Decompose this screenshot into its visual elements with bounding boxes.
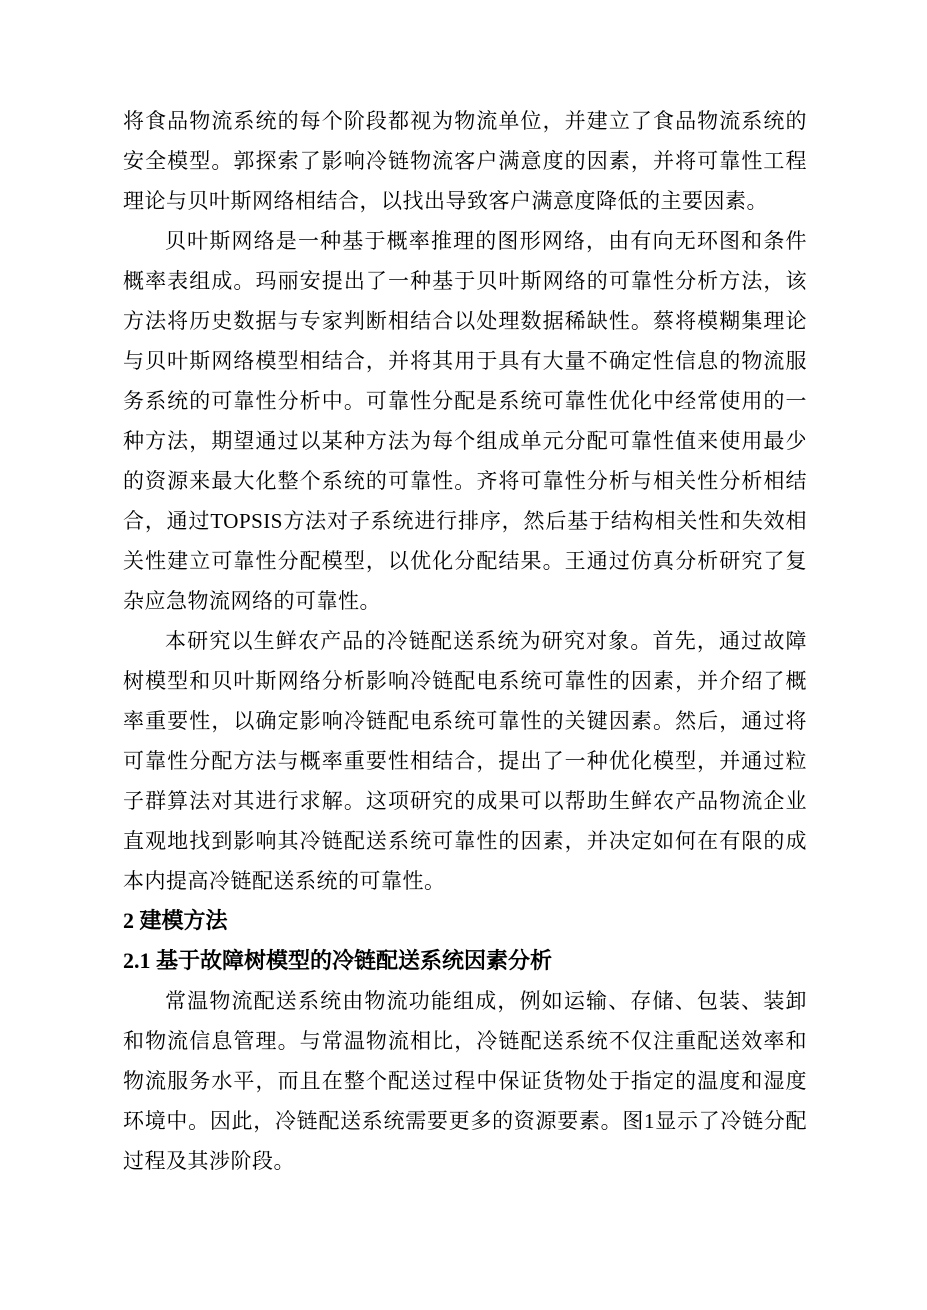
body-paragraph: 贝叶斯网络是一种基于概率推理的图形网络，由有向无环图和条件概率表组成。玛丽安提出… (123, 221, 807, 621)
body-paragraph: 本研究以生鲜农产品的冷链配送系统为研究对象。首先，通过故障树模型和贝叶斯网络分析… (123, 621, 807, 901)
document-page: 将食品物流系统的每个阶段都视为物流单位，并建立了食品物流系统的安全模型。郭探索了… (0, 0, 927, 1310)
body-paragraph-continuation: 将食品物流系统的每个阶段都视为物流单位，并建立了食品物流系统的安全模型。郭探索了… (123, 101, 807, 221)
subsection-heading: 2.1 基于故障树模型的冷链配送系统因素分析 (123, 941, 807, 981)
body-paragraph: 常温物流配送系统由物流功能组成，例如运输、存储、包装、装卸和物流信息管理。与常温… (123, 981, 807, 1181)
section-heading: 2 建模方法 (123, 901, 807, 941)
